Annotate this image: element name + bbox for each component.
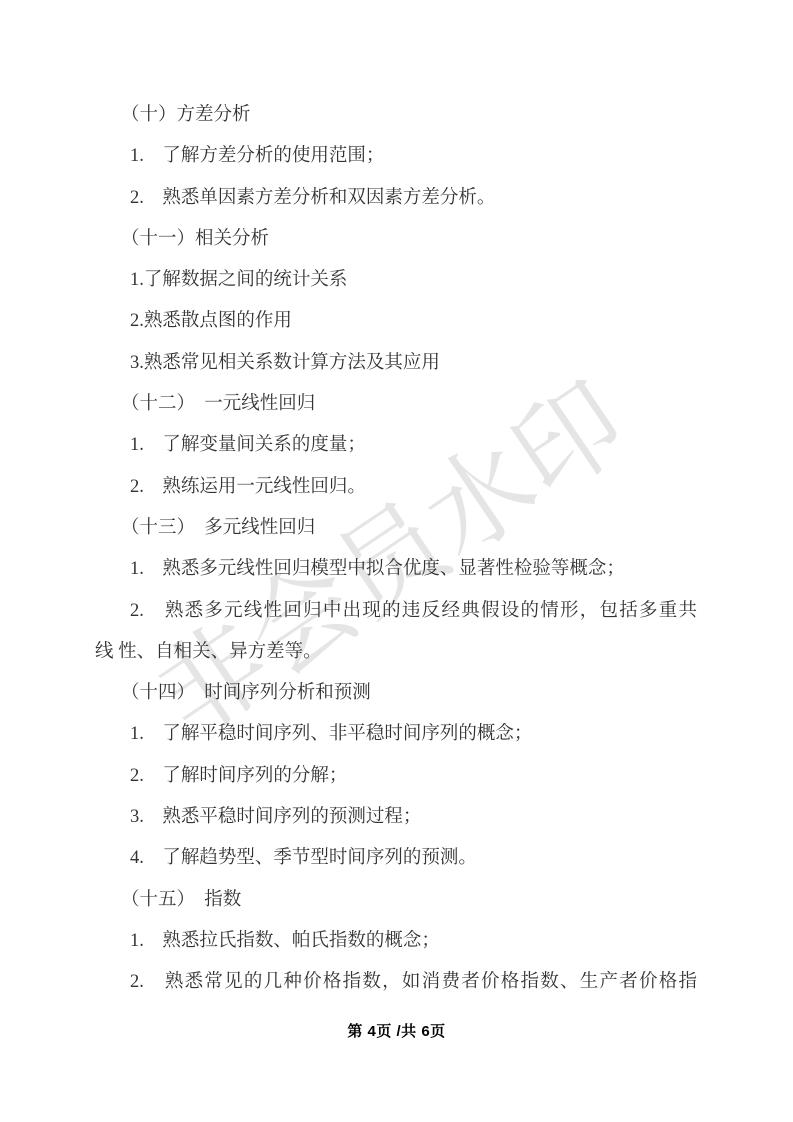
section-11-item-3: 3.熟悉常见相关系数计算方法及其应用: [95, 343, 697, 384]
section-13-item-1: 1. 熟悉多元线性回归模型中拟合优度、显著性检验等概念；: [95, 549, 697, 590]
section-heading-10: （十）方差分析: [95, 95, 697, 136]
section-10-item-2: 2. 熟悉单因素方差分析和双因素方差分析。: [95, 178, 697, 219]
section-heading-13: （十三） 多元线性回归: [95, 508, 697, 549]
section-11-item-2: 2.熟悉散点图的作用: [95, 301, 697, 342]
section-14-item-1: 1. 了解平稳时间序列、非平稳时间序列的概念；: [95, 714, 697, 755]
section-heading-15: （十五） 指数: [95, 880, 697, 921]
section-13-item-2: 2. 熟悉多元线性回归中出现的违反经典假设的情形，包括多重共: [95, 591, 697, 632]
page-number-footer: 第 4页 /共 6页: [0, 1020, 793, 1041]
section-12-item-1: 1. 了解变量间关系的度量；: [95, 425, 697, 466]
section-heading-12: （十二） 一元线性回归: [95, 384, 697, 425]
section-12-item-2: 2. 熟练运用一元线性回归。: [95, 467, 697, 508]
section-heading-14: （十四） 时间序列分析和预测: [95, 673, 697, 714]
section-10-item-1: 1. 了解方差分析的使用范围；: [95, 136, 697, 177]
section-14-item-2: 2. 了解时间序列的分解；: [95, 756, 697, 797]
section-15-item-1: 1. 熟悉拉氏指数、帕氏指数的概念；: [95, 921, 697, 962]
section-13-item-2-continuation: 线 性、自相关、异方差等。: [95, 632, 697, 673]
document-body: （十）方差分析 1. 了解方差分析的使用范围； 2. 熟悉单因素方差分析和双因素…: [95, 95, 697, 1004]
section-15-item-2: 2. 熟悉常见的几种价格指数，如消费者价格指数、生产者价格指: [95, 962, 697, 1003]
section-14-item-3: 3. 熟悉平稳时间序列的预测过程；: [95, 797, 697, 838]
section-heading-11: （十一）相关分析: [95, 219, 697, 260]
document-page: 非会员水印 （十）方差分析 1. 了解方差分析的使用范围； 2. 熟悉单因素方差…: [0, 0, 793, 1122]
section-11-item-1: 1.了解数据之间的统计关系: [95, 260, 697, 301]
section-14-item-4: 4. 了解趋势型、季节型时间序列的预测。: [95, 838, 697, 879]
